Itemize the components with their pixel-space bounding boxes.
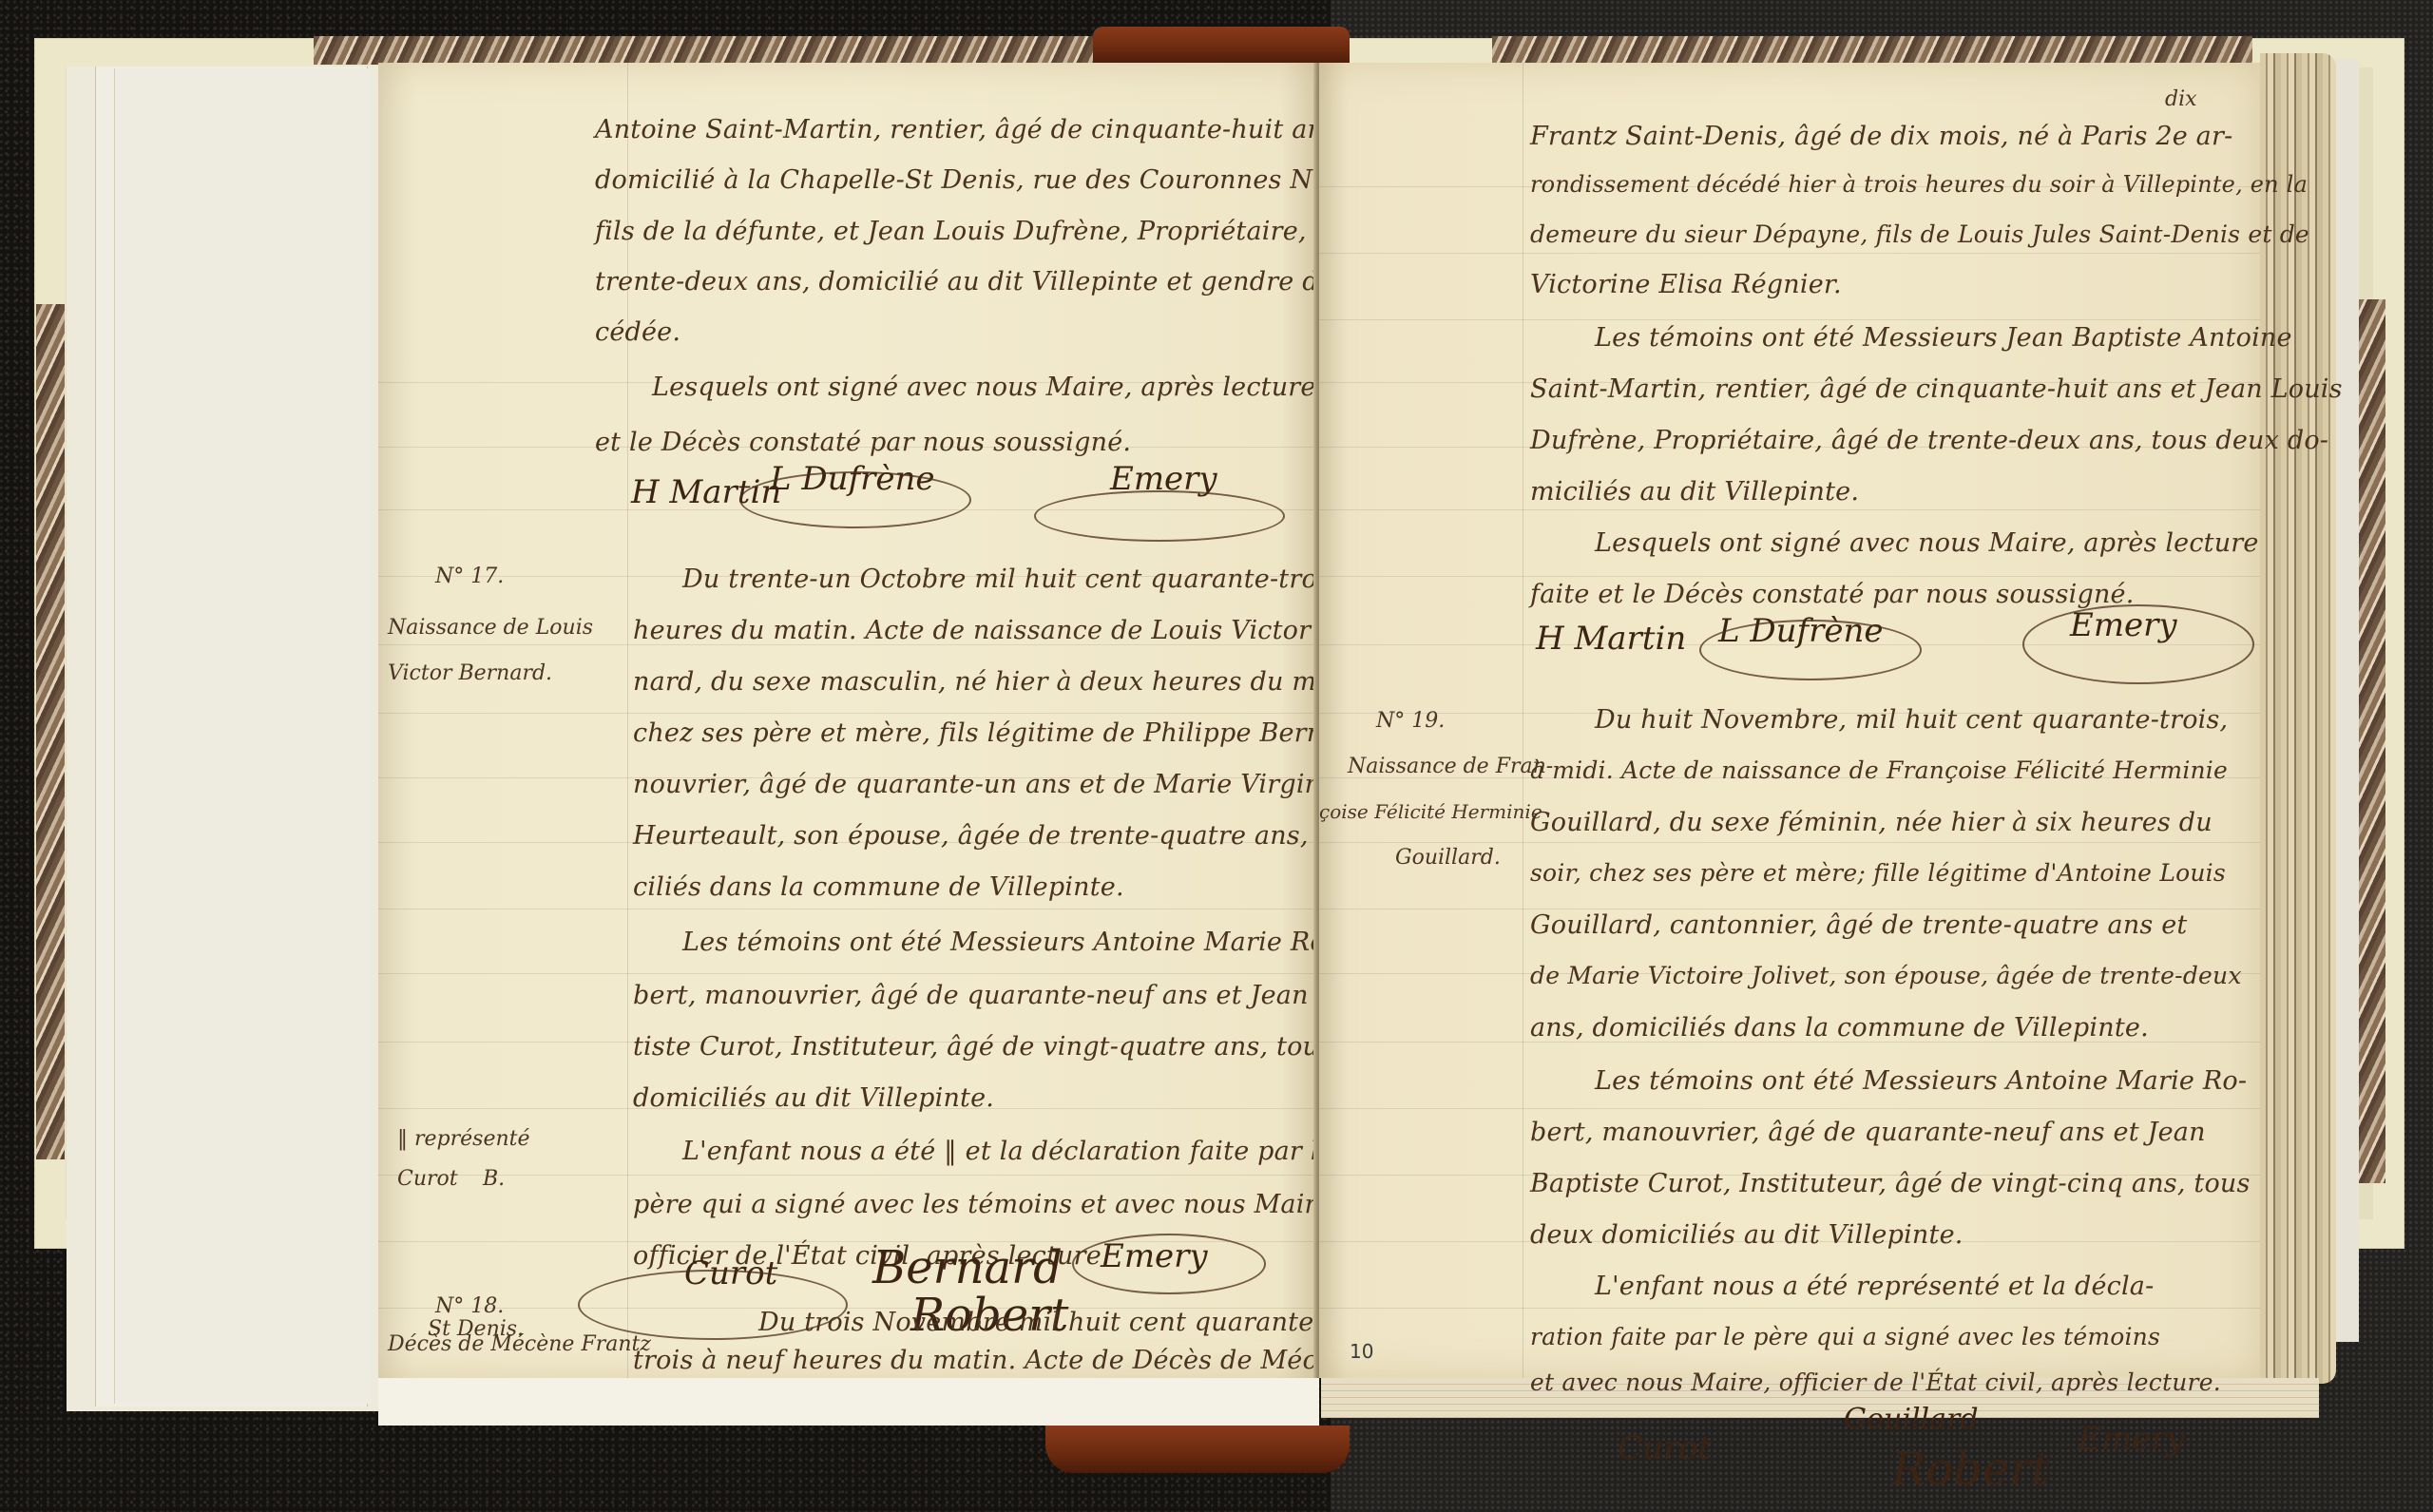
text-line: Gouillard, du sexe féminin, née hier à s… bbox=[1530, 808, 2213, 837]
text-line: et le Décès constaté par nous soussigné. bbox=[595, 428, 1131, 457]
text-line: ans, domiciliés dans la commune de Ville… bbox=[1530, 1013, 2149, 1043]
signature-martin: H Martin bbox=[1536, 620, 1686, 658]
text-line: Saint-Martin, rentier, âgé de cinquante-… bbox=[1530, 374, 2343, 404]
page-number: 10 bbox=[1350, 1340, 1373, 1363]
text-line: ciliés dans la commune de Villepinte. bbox=[633, 872, 1124, 902]
text-line: Frantz Saint-Denis, âgé de dix mois, né … bbox=[1530, 122, 2232, 151]
text-line: Gouillard, cantonnier, âgé de trente-qua… bbox=[1530, 910, 2188, 940]
text-line: Du trente-un Octobre mil huit cent quara… bbox=[682, 565, 1424, 594]
text-line: Les témoins ont été Messieurs Antoine Ma… bbox=[1595, 1066, 2247, 1096]
text-line: trente-deux ans, domicilié au dit Villep… bbox=[595, 267, 1416, 297]
margin-correction-initial: Curot bbox=[397, 1167, 458, 1191]
signature-flourish bbox=[739, 471, 971, 528]
signature-gouillard: Gouillard bbox=[1844, 1403, 1979, 1436]
text-line: père qui a signé avec les témoins et ave… bbox=[633, 1190, 1341, 1219]
text-line: tiste Curot, Instituteur, âgé de vingt-q… bbox=[633, 1032, 1405, 1062]
signature-flourish bbox=[1699, 620, 1922, 680]
text-line: bert, manouvrier, âgé de quarante-neuf a… bbox=[1530, 1118, 2206, 1147]
text-line: Du huit Novembre, mil huit cent quarante… bbox=[1595, 705, 2228, 735]
text-line: bert, manouvrier, âgé de quarante-neuf a… bbox=[633, 981, 1377, 1010]
text-line: L'enfant nous a été ‖ et la déclaration … bbox=[682, 1137, 1334, 1166]
text-line: L'enfant nous a été représenté et la déc… bbox=[1595, 1272, 2154, 1301]
signature-flourish bbox=[1072, 1234, 1266, 1294]
margin-entry-title: Victor Bernard. bbox=[388, 661, 552, 685]
text-line: domiciliés au dit Villepinte. bbox=[633, 1083, 994, 1113]
endpaper-edge bbox=[2336, 59, 2359, 1342]
text-line: Antoine Saint-Martin, rentier, âgé de ci… bbox=[595, 115, 1337, 144]
text-line: demeure du sieur Dépayne, fils de Louis … bbox=[1530, 220, 2309, 248]
marbled-cover-top-right bbox=[1492, 36, 2252, 63]
spine-strap-top bbox=[1093, 27, 1350, 65]
text-line: Lesquels ont signé avec nous Maire, aprè… bbox=[652, 373, 1384, 402]
text-line: Les témoins ont été Messieurs Antoine Ma… bbox=[682, 928, 1334, 957]
marbled-cover-top-left bbox=[314, 36, 1169, 65]
signature-flourish bbox=[1034, 490, 1285, 542]
spine-strap-bottom bbox=[1045, 1426, 1350, 1473]
margin-correction: ‖ représenté bbox=[397, 1127, 530, 1151]
text-line: cédée. bbox=[595, 317, 680, 347]
left-page: Antoine Saint-Martin, rentier, âgé de ci… bbox=[378, 63, 1317, 1378]
marbled-cover-left bbox=[36, 304, 65, 1159]
text-line: Victorine Elisa Régnier. bbox=[1530, 270, 1842, 299]
text-line: heures du matin. Acte de naissance de Lo… bbox=[633, 616, 1375, 645]
text-line: soir, chez ses père et mère; fille légit… bbox=[1530, 859, 2226, 887]
margin-entry-number: N° 17. bbox=[435, 565, 504, 588]
text-line: Baptiste Curot, Instituteur, âgé de ving… bbox=[1530, 1169, 2251, 1198]
text-line: fils de la défunte, et Jean Louis Dufrèn… bbox=[595, 217, 1403, 246]
text-line: Heurteault, son épouse, âgée de trente-q… bbox=[633, 821, 1390, 851]
insertion-correction: dix bbox=[2165, 87, 2197, 111]
signature-bernard: Bernard bbox=[872, 1241, 1063, 1294]
text-line: Les témoins ont été Messieurs Jean Bapti… bbox=[1595, 323, 2292, 353]
signature-curot: Curot bbox=[1618, 1429, 1711, 1467]
margin-entry-title: Gouillard. bbox=[1395, 846, 1501, 870]
margin-entry-title: çoise Félicité Herminie bbox=[1319, 800, 1542, 823]
text-line: et avec nous Maire, officier de l'État c… bbox=[1530, 1368, 2221, 1396]
margin-rule bbox=[1523, 63, 1523, 1378]
text-line: à midi. Acte de naissance de Françoise F… bbox=[1530, 756, 2228, 784]
margin-correction-initial: B. bbox=[483, 1167, 505, 1191]
text-line: nard, du sexe masculin, né hier à deux h… bbox=[633, 667, 1376, 697]
signature-flourish bbox=[2022, 604, 2254, 684]
margin-entry-title: Naissance de Louis bbox=[388, 616, 593, 640]
margin-rule bbox=[627, 63, 628, 1378]
margin-entry-title: St Denis. bbox=[428, 1317, 524, 1341]
signature-robert: Robert bbox=[1891, 1443, 2049, 1496]
text-line: trois à neuf heures du matin. Acte de Dé… bbox=[633, 1346, 1365, 1375]
margin-entry-title: Naissance de Fran- bbox=[1348, 755, 1553, 778]
right-page: dix Frantz Saint-Denis, âgé de dix mois,… bbox=[1319, 63, 2260, 1378]
flyleaf bbox=[114, 68, 372, 1404]
text-line: Lesquels ont signé avec nous Maire, aprè… bbox=[1595, 528, 2259, 558]
text-line: nouvrier, âgé de quarante-un ans et de M… bbox=[633, 770, 1345, 799]
text-line: Dufrène, Propriétaire, âgé de trente-deu… bbox=[1530, 426, 2328, 455]
margin-entry-number: N° 19. bbox=[1376, 709, 1445, 733]
text-line: faite et le Décès constaté par nous sous… bbox=[1530, 580, 2135, 609]
text-line: miciliés au dit Villepinte. bbox=[1530, 477, 1859, 507]
page-stack-edges bbox=[2260, 53, 2336, 1384]
flyleaf-bottom bbox=[378, 1378, 1319, 1426]
text-line: ration faite par le père qui a signé ave… bbox=[1530, 1323, 2160, 1350]
text-line: rondissement décédé hier à trois heures … bbox=[1530, 171, 2308, 198]
text-line: deux domiciliés au dit Villepinte. bbox=[1530, 1220, 1964, 1250]
text-line: Du trois Novembre mil huit cent quarante bbox=[758, 1308, 1313, 1337]
signature-emery: Emery bbox=[2078, 1420, 2185, 1458]
text-line: de Marie Victoire Jolivet, son épouse, â… bbox=[1530, 962, 2242, 989]
margin-entry-number: N° 18. bbox=[435, 1294, 504, 1318]
